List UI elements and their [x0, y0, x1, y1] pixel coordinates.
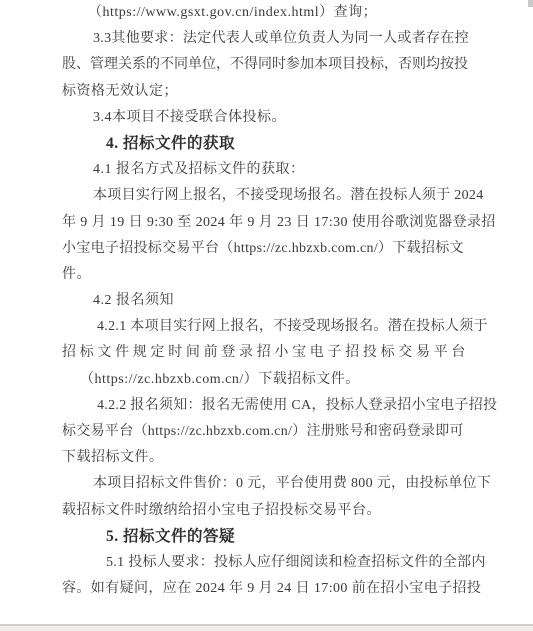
doc-line: 4.2 报名须知 — [62, 288, 472, 314]
doc-line: 5.1 投标人要求：投标人应仔细阅读和检查招标文件的全部内 — [62, 550, 472, 576]
doc-line: 下载招标文件。 — [62, 445, 472, 471]
document-page: （https://www.gsxt.gov.cn/index.html）查询；3… — [0, 0, 533, 625]
doc-line: 招标文件规定时间前登录招小宝电子招投标交易平台 — [62, 340, 472, 366]
doc-line: 小宝电子招投标交易平台（https://zc.hbzxb.com.cn/）下载招… — [62, 236, 472, 262]
doc-line: 4.1 报名方式及招标文件的获取： — [62, 157, 472, 183]
doc-line: 载招标文件时缴纳给招小宝电子招投标交易平台。 — [62, 498, 472, 524]
doc-line: 件。 — [62, 262, 472, 288]
document-text-body: （https://www.gsxt.gov.cn/index.html）查询；3… — [62, 0, 472, 602]
doc-line: 4.2.1 本项目实行网上报名，不接受现场报名。潜在投标人须于 — [62, 314, 472, 340]
doc-line: 股、管理关系的不同单位，不得同时参加本项目投标，否则均按投 — [62, 52, 472, 78]
doc-line: 3.3其他要求：法定代表人或单位负责人为同一人或者存在控 — [62, 26, 472, 52]
doc-line: 标资格无效认定； — [62, 79, 472, 105]
doc-line: （https://zc.hbzxb.com.cn/）下载招标文件。 — [62, 367, 472, 393]
doc-heading-line: 5. 招标文件的答疑 — [62, 524, 472, 550]
doc-line: 4.2.2 报名须知：报名无需使用 CA，投标人登录招小宝电子招投 — [62, 393, 472, 419]
doc-line: 容。如有疑问，应在 2024 年 9 月 24 日 17:00 前在招小宝电子招… — [62, 576, 472, 602]
doc-line: （https://www.gsxt.gov.cn/index.html）查询； — [62, 0, 472, 26]
doc-line: 本项目实行网上报名，不接受现场报名。潜在投标人须于 2024 — [62, 183, 472, 209]
doc-line: 3.4本项目不接受联合体投标。 — [62, 105, 472, 131]
doc-line: 年 9 月 19 日 9:30 至 2024 年 9 月 23 日 17:30 … — [62, 210, 472, 236]
scrollbar-thumb-fragment[interactable] — [528, 0, 533, 7]
doc-line: 本项目招标文件售价：0 元，平台使用费 800 元，由投标单位下 — [62, 471, 472, 497]
doc-heading-line: 4. 招标文件的获取 — [62, 131, 472, 157]
viewer-background-gutter — [0, 626, 533, 631]
doc-line: 标交易平台（https://zc.hbzxb.com.cn/）注册账号和密码登录… — [62, 419, 472, 445]
